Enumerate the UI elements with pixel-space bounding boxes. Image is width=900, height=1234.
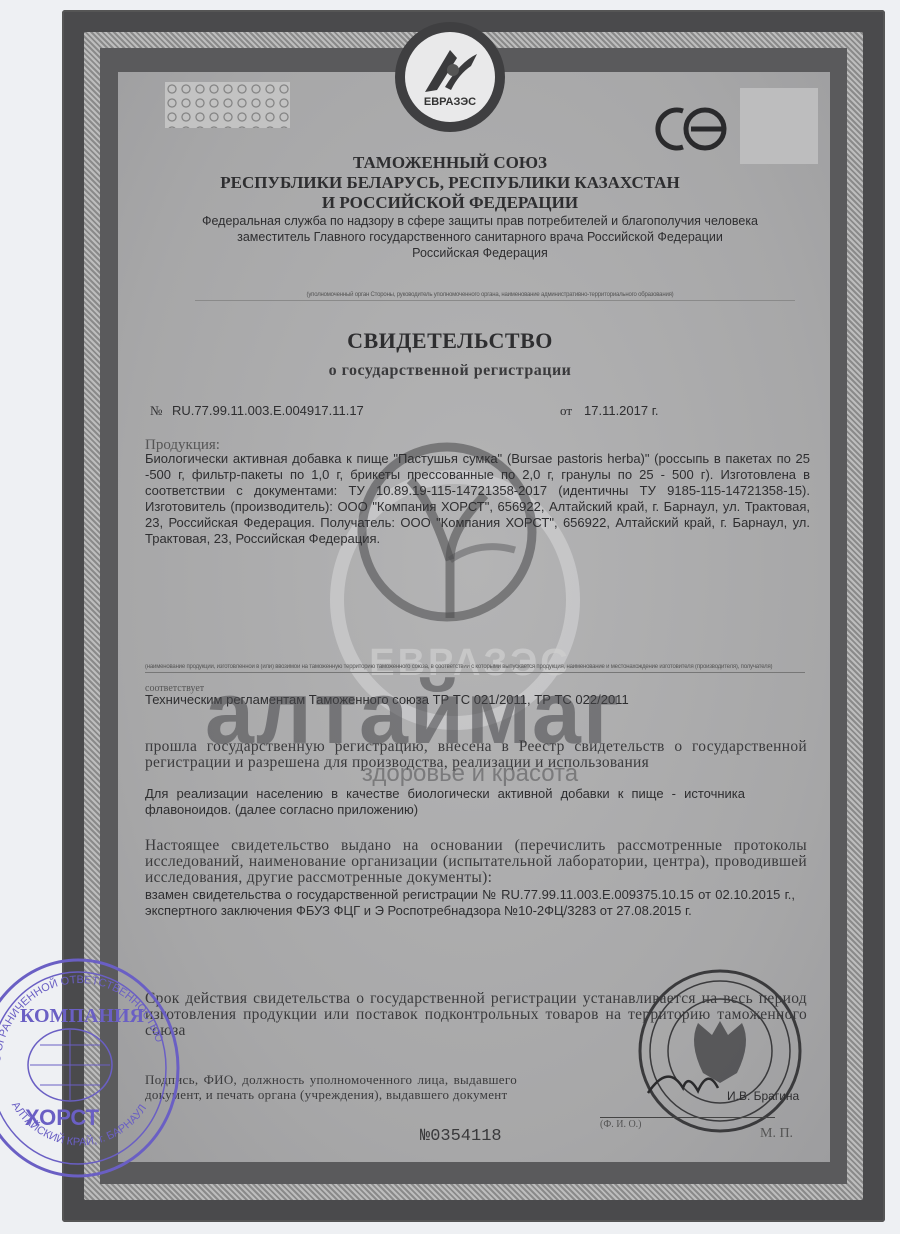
header-line1: ТАМОЖЕННЫЙ СОЮЗ bbox=[0, 153, 900, 173]
registration-number: RU.77.99.11.003.E.004917.11.17 bbox=[172, 403, 364, 418]
certificate-title: СВИДЕТЕЛЬСТВО bbox=[0, 328, 900, 354]
country-line: Российская Федерация bbox=[140, 246, 820, 260]
header-line2: РЕСПУБЛИКИ БЕЛАРУСЬ, РЕСПУБЛИКИ КАЗАХСТА… bbox=[0, 173, 900, 193]
fio-caption: (Ф. И. О.) bbox=[600, 1119, 642, 1130]
signature-caption: Подпись, ФИО, должность уполномоченного … bbox=[145, 1072, 517, 1102]
authority-caption: (уполномоченный орган Стороны, руководит… bbox=[180, 292, 800, 298]
se-mark-icon bbox=[655, 105, 730, 153]
header-line3: И РОССИЙСКОЙ ФЕДЕРАЦИИ bbox=[0, 193, 900, 213]
company-stamp-icon: С ОГРАНИЧЕННОЙ ОТВЕТСТВЕННОСТЬЮ КОМПАНИЯ… bbox=[0, 950, 185, 1185]
number-prefix: № bbox=[150, 403, 162, 419]
date-prefix: от bbox=[560, 403, 572, 419]
certificate-subtitle: о государственной регистрации bbox=[0, 362, 900, 380]
basis-statement: Настоящее свидетельство выдано на основа… bbox=[145, 838, 807, 886]
registration-date: 17.11.2017 г. bbox=[584, 403, 658, 418]
emblem-label: ЕВРАЗЭС bbox=[405, 96, 495, 108]
agency-line1: Федеральная служба по надзору в сфере за… bbox=[140, 214, 820, 228]
official-seal-icon bbox=[628, 963, 808, 1143]
product-description: Биологически активная добавка к пище "Па… bbox=[145, 451, 810, 547]
form-serial-number: №0354118 bbox=[420, 1127, 502, 1146]
agency-line2: заместитель Главного государственного са… bbox=[140, 230, 820, 244]
basis-documents: взамен свидетельства о государственной р… bbox=[145, 887, 795, 919]
svg-text:КОМПАНИЯ: КОМПАНИЯ bbox=[20, 1005, 145, 1027]
usage-scope: Для реализации населению в качестве биол… bbox=[145, 786, 745, 818]
evrazes-emblem-icon: ЕВРАЗЭС bbox=[395, 22, 505, 132]
guilloche-pattern bbox=[165, 82, 290, 128]
watermark-tagline: здоровье и красота bbox=[0, 760, 900, 788]
seal-place-label: М. П. bbox=[760, 1126, 793, 1142]
signatory-name: И.В. Брагина bbox=[727, 1089, 799, 1103]
